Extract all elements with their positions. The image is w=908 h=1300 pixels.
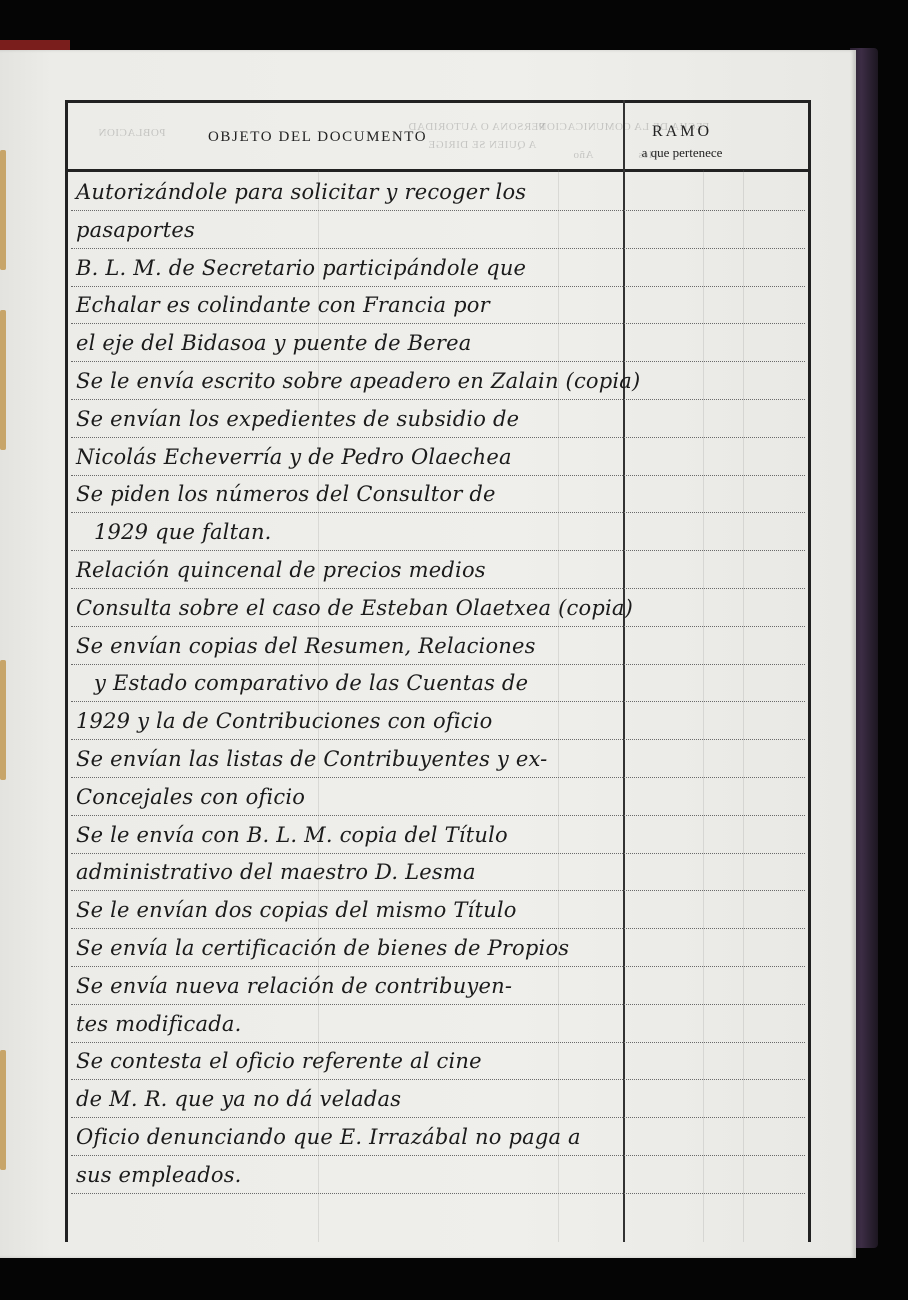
header-ramo: RAMO: [623, 123, 741, 141]
ledger-entry: 1929 y la de Contribuciones con oficio: [76, 709, 796, 733]
bleed-poblacion: POBLACION: [98, 127, 165, 139]
ruled-line: [71, 966, 805, 967]
ruled-line: [71, 286, 805, 287]
ruled-line: [71, 815, 805, 816]
ruled-line: [71, 701, 805, 702]
ledger-entry: tes modificada.: [76, 1012, 796, 1036]
ruled-line: [71, 323, 805, 324]
binding-thread: [0, 1050, 6, 1170]
ruled-line: [71, 777, 805, 778]
ruled-line: [71, 210, 805, 211]
header-ramo-subtitle: a que pertenece: [623, 145, 741, 161]
bleed-persona: PERSONA O AUTORIDAD: [408, 121, 545, 133]
ruled-line: [71, 588, 805, 589]
ruled-line: [71, 664, 805, 665]
ruled-line: [71, 1193, 805, 1194]
ruled-line: [71, 853, 805, 854]
ledger-entry: Oficio denunciando que E. Irrazábal no p…: [76, 1125, 796, 1149]
ledger-entry: Se piden los números del Consultor de: [76, 482, 796, 506]
ruled-line: [71, 1042, 805, 1043]
ruled-line: [71, 928, 805, 929]
ledger-entry: Se envían las listas de Contribuyentes y…: [76, 747, 796, 771]
ledger-entry: sus empleados.: [76, 1163, 796, 1187]
ledger-entry: Autorizándole para solicitar y recoger l…: [76, 180, 796, 204]
ledger-entry: Se le envía con B. L. M. copia del Títul…: [76, 823, 796, 847]
ruled-line: [71, 739, 805, 740]
ledger-entry: administrativo del maestro D. Lesma: [76, 860, 796, 884]
ledger-entry: Concejales con oficio: [76, 785, 796, 809]
binding-thread: [0, 310, 6, 450]
ledger-entry: Relación quincenal de precios medios: [76, 558, 796, 582]
ruled-line: [71, 1079, 805, 1080]
ledger-entry: Se envían los expedientes de subsidio de: [76, 407, 796, 431]
ledger-table: POBLACION PERSONA O AUTORIDAD A QUIEN SE…: [65, 100, 811, 1242]
ledger-entry: Se envía nueva relación de contribuyen-: [76, 974, 796, 998]
ruled-line: [71, 437, 805, 438]
ruled-line: [71, 550, 805, 551]
ledger-entry: 1929 que faltan.: [94, 520, 814, 544]
ruled-line: [71, 475, 805, 476]
ruled-line: [71, 1004, 805, 1005]
ledger-entry: Se contesta el oficio referente al cine: [76, 1049, 796, 1073]
ruled-line: [71, 248, 805, 249]
ruled-line: [71, 361, 805, 362]
ruled-line: [71, 399, 805, 400]
binding-thread: [0, 150, 6, 270]
ruled-line: [71, 1155, 805, 1156]
ledger-entry: de M. R. que ya no dá veladas: [76, 1087, 796, 1111]
bleed-a-quien: A QUIEN SE DIRIGE: [428, 139, 536, 151]
ledger-entry: Se le envía escrito sobre apeadero en Za…: [76, 369, 796, 393]
ruled-line: [71, 626, 805, 627]
ruled-line: [71, 512, 805, 513]
ledger-entry: Echalar es colindante con Francia por: [76, 293, 796, 317]
ruled-line: [71, 890, 805, 891]
table-header: POBLACION PERSONA O AUTORIDAD A QUIEN SE…: [68, 103, 808, 172]
ledger-entry: y Estado comparativo de las Cuentas de: [94, 671, 814, 695]
ledger-page: POBLACION PERSONA O AUTORIDAD A QUIEN SE…: [0, 50, 856, 1258]
ledger-entry: Consulta sobre el caso de Esteban Olaetx…: [76, 596, 796, 620]
ledger-entry: el eje del Bidasoa y puente de Berea: [76, 331, 796, 355]
ledger-entry: pasaportes: [76, 218, 796, 242]
bleed-ano: Año: [573, 149, 593, 161]
binding-thread: [0, 660, 6, 780]
header-objeto-del-documento: OBJETO DEL DOCUMENTO: [208, 129, 427, 146]
ledger-entry: Se le envían dos copias del mismo Título: [76, 898, 796, 922]
ledger-entry: Se envía la certificación de bienes de P…: [76, 936, 796, 960]
ruled-line: [71, 1117, 805, 1118]
ledger-entry: B. L. M. de Secretario participándole qu…: [76, 256, 796, 280]
ledger-entry: Se envían copias del Resumen, Relaciones: [76, 634, 796, 658]
ledger-entry: Nicolás Echeverría y de Pedro Olaechea: [76, 445, 796, 469]
